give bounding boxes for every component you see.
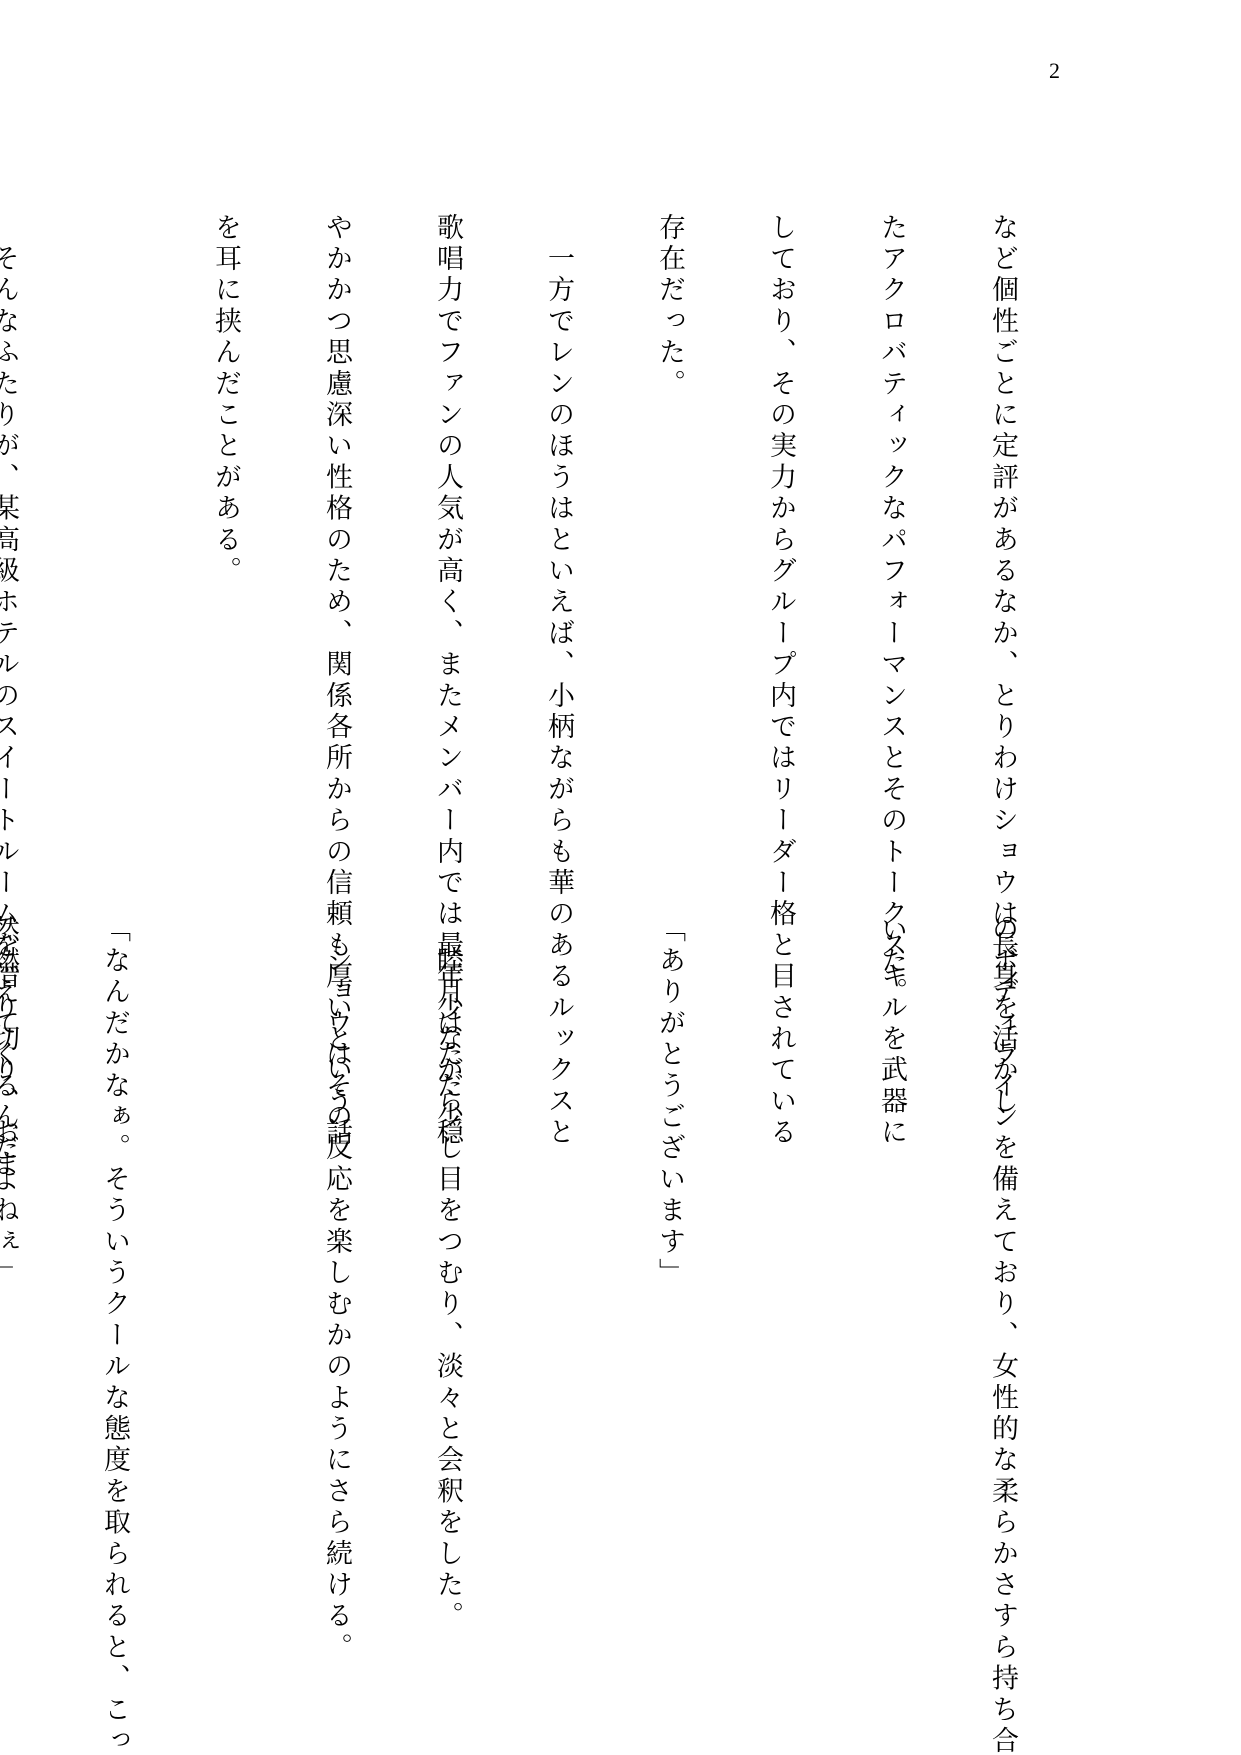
page-number: 2 bbox=[1049, 58, 1060, 84]
text-line: しており、その実力からグループ内ではリーダー格と目されている bbox=[762, 213, 799, 873]
text-line: を耳に挟んだことがある。 bbox=[207, 213, 244, 873]
text-line bbox=[207, 915, 244, 1575]
text-line bbox=[540, 915, 577, 1575]
text-line: やかかつ思慮深い性格のため、関係各所からの信頼も厚いという話 bbox=[318, 213, 355, 873]
text-line: 然燃えてくるんだよねぇ」 bbox=[0, 915, 22, 1575]
text-line: 「ありがとうございます」 bbox=[651, 915, 688, 1575]
text-block-top: など個性ごとに定評があるなか、とりわけショウは長身を活かし たアクロバティックな… bbox=[205, 213, 1095, 873]
text-line: たアクロバティックなパフォーマンスとそのトークスキルを武器に bbox=[873, 213, 910, 873]
text-line: そんなふたりが、某高級ホテルのスイートルームを借り切り、おま bbox=[0, 213, 22, 873]
text-line: 睦月はただ少し目をつむり、淡々と会釈をした。 bbox=[429, 915, 466, 1575]
text-line: 存在だった。 bbox=[651, 213, 688, 873]
text-block-bottom: のボディラインを備えており、女性的な柔らかさすら持ち合わせて いた。 「ありがと… bbox=[205, 915, 1095, 1575]
text-line: 「なんだかなぁ。そういうクールな態度を取られると、こっちは俄 bbox=[96, 915, 133, 1575]
text-line bbox=[96, 213, 133, 873]
text-line: のボディラインを備えており、女性的な柔らかさすら持ち合わせて bbox=[984, 915, 1021, 1575]
text-line: など個性ごとに定評があるなか、とりわけショウは長身を活かし bbox=[984, 213, 1021, 873]
text-line: 一方でレンのほうはといえば、小柄ながらも華のあるルックスと bbox=[540, 213, 577, 873]
text-line: ショウはその反応を楽しむかのようにさら続ける。 bbox=[318, 915, 355, 1575]
text-line: 歌唱力でファンの人気が高く、またメンバー内では最年少ながら穏 bbox=[429, 213, 466, 873]
text-line bbox=[762, 915, 799, 1575]
text-line: いた。 bbox=[873, 915, 910, 1575]
